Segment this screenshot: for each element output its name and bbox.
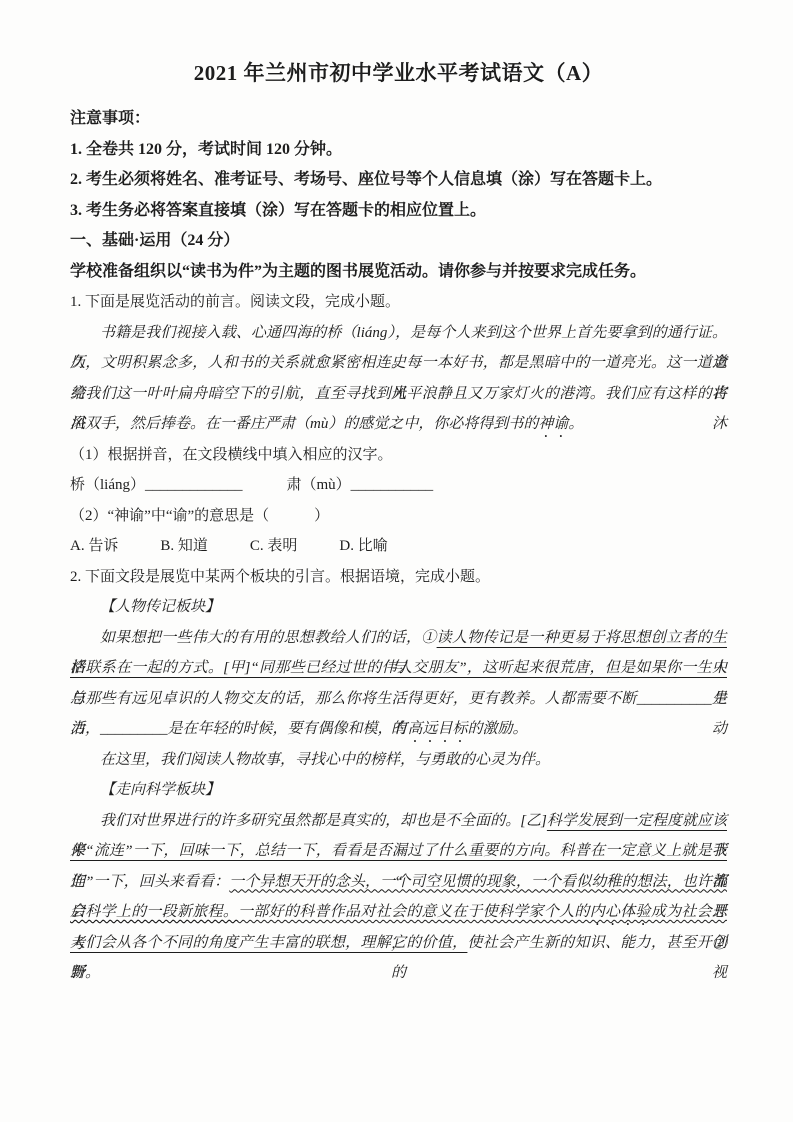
section-intro: 学校准备组织以“读书为件”为主题的图书展览活动。请你参与并按要求完成任务。 [70, 257, 727, 288]
q2-block1-line: 如果想把一些伟大的有用的思想教给人们的话，①读人物传记是一种更易于将思想创立者的… [70, 623, 727, 654]
exam-paper-page: 2021 年兰州市初中学业水平考试语文（A） 注意事项： 1. 全卷共 120 … [0, 0, 793, 1122]
q1-passage-line: 给我们这一叶叶扁舟暗空下的引航，直至寻找到风平浪静且又万家灯火的港湾。我们应有这… [70, 379, 727, 410]
passage-text: 。 [568, 416, 583, 432]
option-d: D. 比喻 [339, 538, 387, 554]
passage-text: 我们对世界进行的许多研究虽然都是真实的，却也是不全面的。[乙] [100, 813, 547, 829]
option-c: C. 表明 [250, 538, 298, 554]
emphasized-word-neixintiyan: 内心体验 [590, 904, 651, 920]
underlined-sentence-1: 格联系在一起的方式。 [70, 660, 223, 676]
option-b: B. 知道 [160, 538, 208, 554]
q1-fill-line: 桥（liáng）_____________肃（mù）___________ [70, 470, 727, 501]
section-heading: 一、基础·运用（24 分） [70, 226, 727, 257]
q2-block1-line: 与那些有远见卓识的人物交友的话，那么你将生活得更好，更有教养。人都需要不断___… [70, 684, 727, 715]
fill-blank-su: 肃（mù）___________ [287, 477, 434, 493]
option-a: A. 告诉 [70, 538, 118, 554]
underlined-quote-jia: “同那些已经过世的伟人交朋友”， [250, 660, 482, 676]
passage-text: 连”一下，回头来看看： [70, 874, 229, 890]
passage-text: 浴双手，然后捧卷。在一番庄严肃（mù）的感觉之中，你必将得到书的 [70, 416, 538, 432]
wavy-underlined-sentence: 启科学上的一段新旅程。 [70, 904, 238, 920]
q2-block1-line: 格联系在一起的方式。[甲]“同那些已经过世的伟人交朋友”，这听起来很荒唐，但是如… [70, 653, 727, 684]
q1-passage-line: 久，文明积累念多，人和书的关系就愈紧密相连。每一本好书，都是黑暗中的一道亮光。这… [70, 348, 727, 379]
q2-stem: 2. 下面文段是展览中某两个板块的引言。根据语境，完成小题。 [70, 562, 727, 593]
underlined-sentence-2: 人们会从各个不同的角度产生丰富的联想，理解它的价值， [70, 935, 467, 951]
q1-stem: 1. 下面是展览活动的前言。阅读文段，完成小题。 [70, 287, 727, 318]
q2-block2-line: 来“流连”一下，回味一下，总结一下，看看是否漏过了什么重要的方向。科普在一定意义… [70, 836, 727, 867]
passage-text: 如果想把一些伟大的有用的思想教给人们的话，① [100, 630, 437, 646]
q1-sub1: （1）根据拼音，在文段横线中填入相应的汉字。 [70, 440, 727, 471]
emphasized-word-shenyu: 神谕 [538, 416, 568, 432]
q2-block2-line: 我们对世界进行的许多研究虽然都是真实的，却也是不全面的。[乙]科学发展到一定程度… [70, 806, 727, 837]
marker-jia: [甲] [223, 660, 250, 676]
fill-blank-qiao: 桥（liáng）_____________ [70, 477, 243, 493]
q2-block1-line: 在这里，我们阅读人物故事，寻找心中的榜样，与勇敢的心灵为伴。 [70, 745, 727, 776]
emphasized-word-gaoyuanmubiao: 高远目标 [408, 721, 468, 737]
q2-block2-line: 启科学上的一段新旅程。一部好的科普作品对社会的意义在于使科学家个人的内心体验成为… [70, 897, 727, 928]
page-title: 2021 年兰州市初中学业水平考试语文（A） [70, 56, 727, 90]
notice-item-3: 3. 考生务必将答案直接填（涂）写在答题卡的相应位置上。 [70, 196, 727, 227]
q2-block2-title: 【走向科学板块】 [70, 775, 727, 806]
q1-passage-line: 书籍是我们视接入载、心通四海的桥（liáng），是每个人来到这个世界上首先要拿到… [70, 318, 727, 349]
q1-sub2: （2）“神谕”中“谕”的意思是（ ） [70, 501, 727, 532]
notice-item-2: 2. 考生必须将姓名、准考证号、考场号、座位号等个人信息填（涂）写在答题卡上。 [70, 165, 727, 196]
passage-text: 力，_________是在年轻的时候，要有偶像和模，有 [70, 721, 408, 737]
notice-label: 注意事项： [70, 104, 727, 135]
passage-text: 一部好的科普作品对社会的意义在于使科学家个人的 [238, 904, 590, 920]
q2-block1-title: 【人物传记板块】 [70, 592, 727, 623]
notice-item-1: 1. 全卷共 120 分，考试时间 120 分钟。 [70, 135, 727, 166]
q2-block2-line: 人们会从各个不同的角度产生丰富的联想，理解它的价值，使社会产生新的知识、能力，甚… [70, 928, 727, 959]
q1-options: A. 告诉B. 知道C. 表明D. 比喻 [70, 531, 727, 562]
q2-block2-line: 连”一下，回头来看看：一个异想天开的念头，一个司空见惯的现象，一个看似幼稚的想法… [70, 867, 727, 898]
passage-text: 的激励。 [468, 721, 528, 737]
underlined-sentence-yi: 来“流连”一下， [70, 843, 179, 859]
